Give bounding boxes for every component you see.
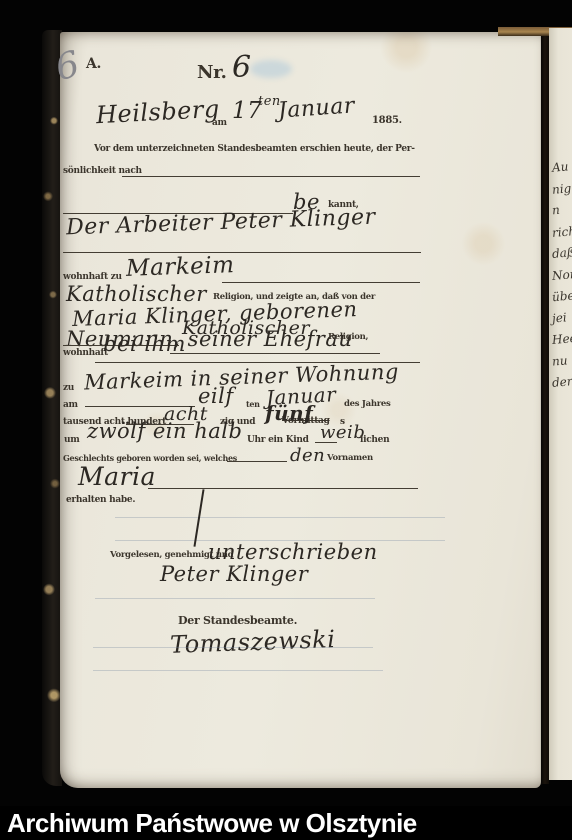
religion2-printed: Religion, [328,332,368,342]
next-page-fragment: der [551,374,572,390]
childname-handwritten: Maria [78,462,156,491]
book-cover-spine-edge [42,30,62,786]
archive-caption-text: Archiwum Państwowe w Olsztynie [7,808,417,839]
blank-rule [227,461,287,462]
birthdate-jahres-printed: des Jahres [344,399,390,409]
birthtime-handwritten: zwölf ein halb [87,419,242,443]
birthtime-lichen-printed: lichen [360,435,389,445]
next-page-fragment: über [551,288,572,304]
birthtime-uhr-printed: Uhr ein Kind [247,435,309,445]
book-gutter-shadow [540,28,549,784]
next-page-fragment: jei [551,310,567,325]
signature-registrar: Tomaszewski [170,625,336,659]
blank-rule [170,353,380,354]
intro-line-2: sönlichkeit nach [63,166,142,176]
birthplace-handwritten: Markeim in seiner Wohnung [84,360,400,395]
place-handwritten: Heilsberg [95,95,220,129]
declarant-handwritten: Der Arbeiter Peter Klinger [66,205,376,241]
next-page-fragment: daß [551,245,572,261]
next-page-fragment: Hee [551,331,572,347]
next-page-fragment: n [551,203,560,218]
intro-line-1: Vor dem unterzeichneten Standesbeamten e… [94,144,415,154]
next-page-fragment: Au [551,159,569,174]
birthplace-printed: zu [63,383,74,393]
register-page: 6 A. Nr. 6 Heilsberg am 17 ten Januar 18… [60,32,541,788]
birthyear-hand-2: fünf [265,401,313,425]
blank-rule [122,176,420,177]
residence2-printed: wohnhaft [63,348,108,358]
next-page-fragment: nu [551,353,568,368]
section-letter: A. [86,56,101,72]
month-handwritten: Januar [277,93,355,123]
residence1-handwritten: Markeim [126,252,235,282]
birthdate-am-printed: am [63,400,78,410]
birthtime-sex-handwritten: weib [320,422,365,443]
residence1-printed: wohnhaft zu [63,272,122,282]
sexline-vornamen-printed: Vornamen [327,453,373,463]
next-page-sliver: AunignrichdaßNorüberjeiHeenuder [549,28,572,780]
sexline-handwritten: den [290,445,325,466]
next-page-fragment: rich [551,223,572,239]
signature-declarant: Peter Klinger [160,562,308,586]
received-printed: erhalten habe. [66,495,135,505]
faint-rule [115,517,445,518]
archive-caption-bar: Archiwum Państwowe w Olsztynie [0,806,572,840]
closing-handwritten: unterschrieben [208,540,378,564]
religion2-handwritten: Katholischer [182,317,310,339]
blank-rule [148,488,418,489]
faint-rule [95,598,375,599]
registrar-label-printed: Der Standesbeamte. [178,614,297,627]
am-printed: am [212,118,227,128]
blank-rule [63,252,421,253]
nr-label: Nr. [197,62,227,83]
year-printed: 1885. [372,115,402,126]
handwritten-slash-stroke [193,489,204,547]
next-page-fragment: Nor [551,267,572,283]
faint-rule [93,647,373,648]
birthtime-um-printed: um [64,435,79,445]
birthdate-ten-printed: ten [246,399,260,409]
blank-rule [222,282,420,283]
archive-scan-viewport: 6 A. Nr. 6 Heilsberg am 17 ten Januar 18… [0,0,572,840]
blue-ink-smudge [250,60,292,78]
faint-rule [93,670,383,671]
nr-value-handwritten: 6 [232,50,252,85]
next-page-fragment: nig [551,181,571,197]
